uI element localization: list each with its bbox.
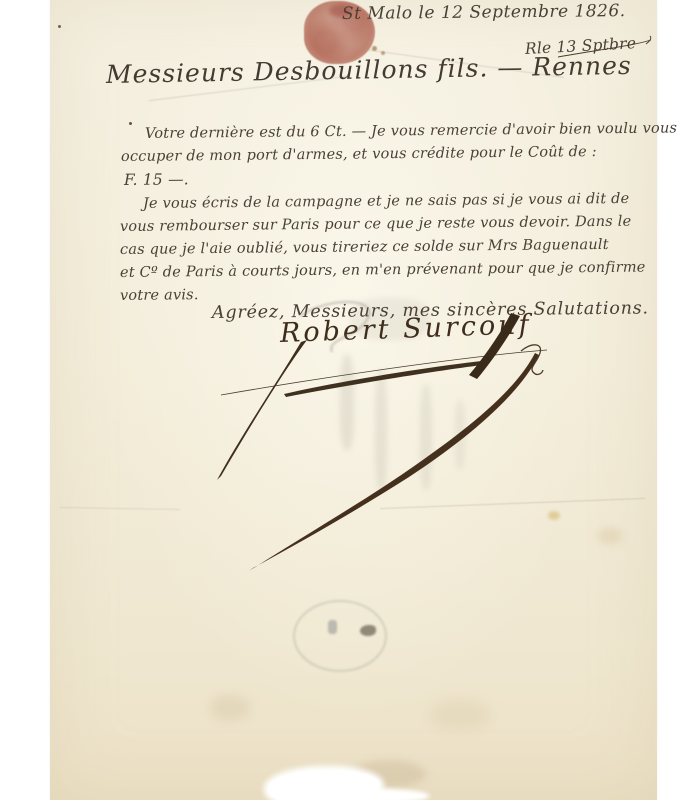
bleed-through bbox=[420, 385, 432, 490]
stain bbox=[548, 511, 560, 520]
bleed-through bbox=[455, 400, 465, 470]
stain bbox=[430, 700, 490, 730]
stain bbox=[210, 695, 250, 721]
ink-speck bbox=[129, 122, 132, 125]
bleed-through bbox=[375, 370, 387, 490]
ink-speck bbox=[58, 25, 61, 28]
scanned-letter: St Malo le 12 Septembre 1826. Rle 13 Spt… bbox=[0, 0, 700, 800]
body-line: F. 15 —. bbox=[124, 170, 189, 189]
body-line: votre avis. bbox=[120, 287, 199, 304]
bleed-through bbox=[340, 355, 354, 450]
stain bbox=[597, 528, 623, 544]
dateline: St Malo le 12 Septembre 1826. bbox=[342, 1, 626, 24]
